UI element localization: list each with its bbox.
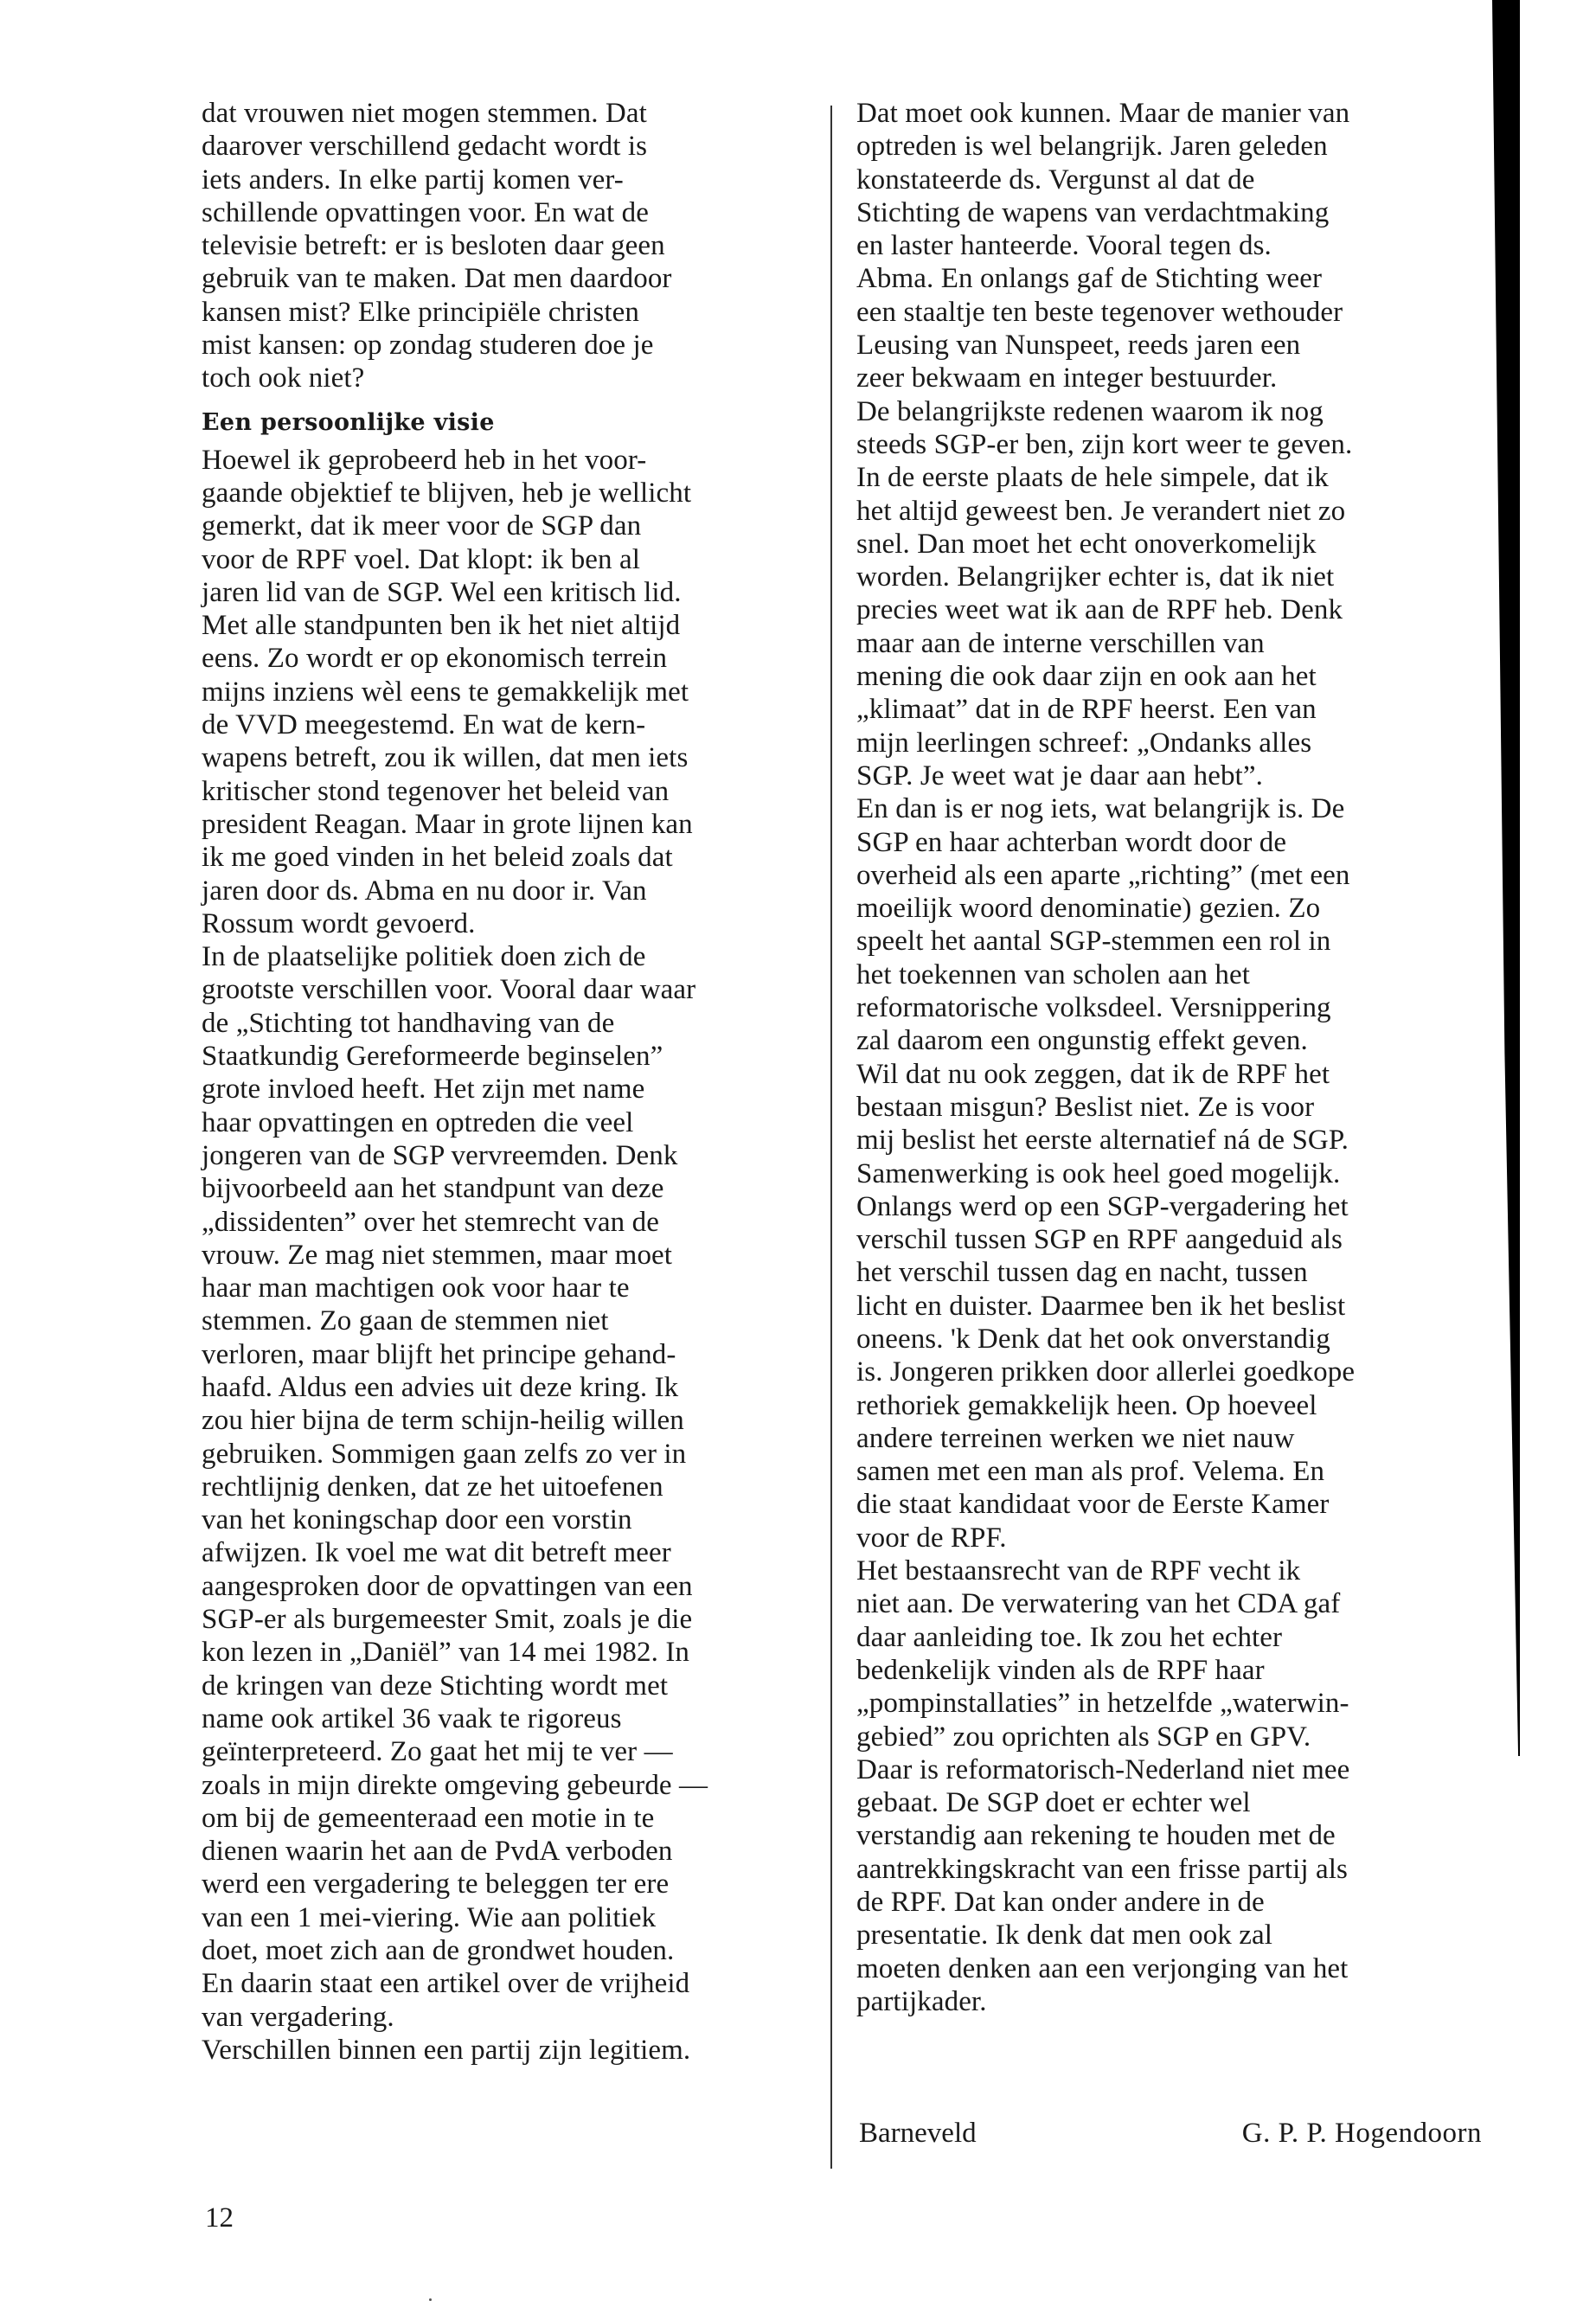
text-line: niet aan. De verwatering van het CDA gaf xyxy=(856,1587,1479,1620)
text-line: voor de RPF voel. Dat klopt: ik ben al xyxy=(202,543,807,576)
text-line: jaren door ds. Abma en nu door ir. Van xyxy=(202,875,807,907)
text-line: daar aanleiding toe. Ik zou het echter xyxy=(856,1621,1479,1654)
text-line: gemerkt, dat ik meer voor de SGP dan xyxy=(202,510,807,542)
text-line: Wil dat nu ook zeggen, dat ik de RPF het xyxy=(856,1058,1479,1091)
text-line: haar opvattingen en optreden die veel xyxy=(202,1106,807,1139)
text-line: om bij de gemeenteraad een motie in te xyxy=(202,1802,807,1835)
text-line: de RPF. Dat kan onder andere in de xyxy=(856,1886,1479,1919)
text-line: „pompinstallaties” in hetzelfde „waterwi… xyxy=(856,1687,1479,1720)
text-line: verstandig aan rekening te houden met de xyxy=(856,1819,1479,1852)
text-line: overheid als een aparte „richting” (met … xyxy=(856,859,1479,892)
text-line: dienen waarin het aan de PvdA verboden xyxy=(202,1835,807,1868)
text-line: Verschillen binnen een partij zijn legit… xyxy=(202,2034,807,2067)
text-line: verschil tussen SGP en RPF aangeduid als xyxy=(856,1223,1479,1256)
left-column: dat vrouwen niet mogen stemmen. Datdaaro… xyxy=(202,97,807,2067)
text-line: Met alle standpunten ben ik het niet alt… xyxy=(202,609,807,642)
text-line: zal daarom een ongunstig effekt geven. xyxy=(856,1024,1479,1057)
text-line: gaande objektief te blijven, heb je well… xyxy=(202,477,807,510)
text-line: jongeren van de SGP vervreemden. Denk xyxy=(202,1139,807,1172)
text-line: die staat kandidaat voor de Eerste Kamer xyxy=(856,1488,1479,1521)
text-line: het toekennen van scholen aan het xyxy=(856,958,1479,991)
text-line: snel. Dan moet het echt onoverkomelijk xyxy=(856,528,1479,561)
text-line: Samenwerking is ook heel goed mogelijk. xyxy=(856,1157,1479,1190)
text-line: andere terreinen werken we niet nauw xyxy=(856,1422,1479,1455)
text-line: president Reagan. Maar in grote lijnen k… xyxy=(202,808,807,841)
text-line: grootste verschillen voor. Vooral daar w… xyxy=(202,973,807,1006)
section-heading: Een persoonlijke visie xyxy=(202,407,807,439)
text-line: jaren lid van de SGP. Wel een kritisch l… xyxy=(202,576,807,609)
text-line: maar aan de interne verschillen van xyxy=(856,627,1479,660)
text-line: oneens. 'k Denk dat het ook onverstandig xyxy=(856,1323,1479,1356)
text-line: optreden is wel belangrijk. Jaren gelede… xyxy=(856,130,1479,163)
text-line: schillende opvattingen voor. En wat de xyxy=(202,196,807,229)
text-line: Staatkundig Gereformeerde beginselen” xyxy=(202,1040,807,1073)
text-line: samen met een man als prof. Velema. En xyxy=(856,1455,1479,1488)
text-line: steeds SGP-er ben, zijn kort weer te gev… xyxy=(856,428,1479,461)
scan-edge-shadow xyxy=(1492,0,1520,1756)
text-line: precies weet wat ik aan de RPF heb. Denk xyxy=(856,593,1479,626)
text-line: gebruiken. Sommigen gaan zelfs zo ver in xyxy=(202,1438,807,1471)
text-line: Leusing van Nunspeet, reeds jaren een xyxy=(856,329,1479,362)
text-line: haafd. Aldus een advies uit deze kring. … xyxy=(202,1371,807,1404)
text-line: mij beslist het eerste alternatief ná de… xyxy=(856,1124,1479,1157)
text-line: SGP-er als burgemeester Smit, zoals je d… xyxy=(202,1603,807,1636)
text-line: daarover verschillend gedacht wordt is xyxy=(202,130,807,163)
text-line: doet, moet zich aan de grondwet houden. xyxy=(202,1934,807,1967)
left-intro-paragraph: dat vrouwen niet mogen stemmen. Datdaaro… xyxy=(202,97,807,395)
text-line: rechtlijnig denken, dat ze het uitoefene… xyxy=(202,1471,807,1503)
text-line: van het koningschap door een vorstin xyxy=(202,1503,807,1536)
text-line: gebied” zou oprichten als SGP en GPV. xyxy=(856,1721,1479,1753)
text-line: kon lezen in „Daniël” van 14 mei 1982. I… xyxy=(202,1636,807,1669)
right-body-text: Dat moet ook kunnen. Maar de manier vano… xyxy=(856,97,1479,2018)
left-body-text: Hoewel ik geprobeerd heb in het voor-gaa… xyxy=(202,444,807,2067)
text-line: de VVD meegestemd. En wat de kern- xyxy=(202,708,807,741)
text-line: de „Stichting tot handhaving van de xyxy=(202,1007,807,1040)
text-line: worden. Belangrijker echter is, dat ik n… xyxy=(856,561,1479,593)
text-line: is. Jongeren prikken door allerlei goedk… xyxy=(856,1356,1479,1388)
text-line: name ook artikel 36 vaak te rigoreus xyxy=(202,1702,807,1735)
signature-place: Barneveld xyxy=(859,2117,977,2150)
text-line: moeilijk woord denominatie) gezien. Zo xyxy=(856,892,1479,925)
text-line: gebaat. De SGP doet er echter wel xyxy=(856,1786,1479,1819)
text-line: SGP. Je weet wat je daar aan hebt”. xyxy=(856,760,1479,792)
text-line: zeer bekwaam en integer bestuurder. xyxy=(856,362,1479,394)
text-line: „klimaat” dat in de RPF heerst. Een van xyxy=(856,693,1479,726)
text-line: mening die ook daar zijn en ook aan het xyxy=(856,660,1479,693)
document-page: dat vrouwen niet mogen stemmen. Datdaaro… xyxy=(0,0,1596,2301)
text-line: Hoewel ik geprobeerd heb in het voor- xyxy=(202,444,807,477)
text-line: de kringen van deze Stichting wordt met xyxy=(202,1670,807,1702)
text-line: werd een vergadering te beleggen ter ere xyxy=(202,1868,807,1900)
right-column: Dat moet ook kunnen. Maar de manier vano… xyxy=(856,97,1479,2018)
text-line: En daarin staat een artikel over de vrij… xyxy=(202,1967,807,2000)
page-number: 12 xyxy=(205,2202,234,2234)
text-line: eens. Zo wordt er op ekonomisch terrein xyxy=(202,642,807,675)
text-line: bedenkelijk vinden als de RPF haar xyxy=(856,1654,1479,1687)
text-line: Dat moet ook kunnen. Maar de manier van xyxy=(856,97,1479,130)
text-line: Het bestaansrecht van de RPF vecht ik xyxy=(856,1554,1479,1587)
text-line: zoals in mijn direkte omgeving gebeurde … xyxy=(202,1769,807,1802)
text-line: mijns inziens wèl eens te gemakkelijk me… xyxy=(202,676,807,708)
text-line: en laster hanteerde. Vooral tegen ds. xyxy=(856,229,1479,262)
text-line: licht en duister. Daarmee ben ik het bes… xyxy=(856,1290,1479,1323)
text-line: kritischer stond tegenover het beleid va… xyxy=(202,775,807,808)
text-line: aantrekkingskracht van een frisse partij… xyxy=(856,1853,1479,1886)
text-line: toch ook niet? xyxy=(202,362,807,394)
text-line: iets anders. In elke partij komen ver- xyxy=(202,163,807,196)
text-line: mist kansen: op zondag studeren doe je xyxy=(202,329,807,362)
text-line: In de eerste plaats de hele simpele, dat… xyxy=(856,461,1479,494)
text-line: En dan is er nog iets, wat belangrijk is… xyxy=(856,792,1479,825)
text-line: van een 1 mei-viering. Wie aan politiek xyxy=(202,1901,807,1934)
text-line: voor de RPF. xyxy=(856,1522,1479,1554)
text-line: In de plaatselijke politiek doen zich de xyxy=(202,940,807,973)
text-line: wapens betreft, zou ik willen, dat men i… xyxy=(202,741,807,774)
text-line: gebruik van te maken. Dat men daardoor xyxy=(202,262,807,295)
text-line: geïnterpreteerd. Zo gaat het mij te ver … xyxy=(202,1735,807,1768)
signature-author: G. P. P. Hogendoorn xyxy=(1242,2117,1482,2150)
text-line: haar man machtigen ook voor haar te xyxy=(202,1272,807,1304)
text-line: stemmen. Zo gaan de stemmen niet xyxy=(202,1304,807,1337)
text-line: van vergadering. xyxy=(202,2001,807,2034)
text-line: konstateerde ds. Vergunst al dat de xyxy=(856,163,1479,196)
text-line: televisie betreft: er is besloten daar g… xyxy=(202,229,807,262)
text-line: Abma. En onlangs gaf de Stichting weer xyxy=(856,262,1479,295)
text-line: SGP en haar achterban wordt door de xyxy=(856,826,1479,859)
text-line: een staaltje ten beste tegenover wethoud… xyxy=(856,296,1479,329)
text-line: moeten denken aan een verjonging van het xyxy=(856,1952,1479,1985)
text-line: Daar is reformatorisch-Nederland niet me… xyxy=(856,1753,1479,1786)
text-line: rethoriek gemakkelijk heen. Op hoeveel xyxy=(856,1389,1479,1422)
text-line: De belangrijkste redenen waarom ik nog xyxy=(856,395,1479,428)
text-line: het verschil tussen dag en nacht, tussen xyxy=(856,1256,1479,1289)
text-line: mijn leerlingen schreef: „Ondanks alles xyxy=(856,727,1479,760)
column-divider xyxy=(830,106,832,2169)
text-line: Stichting de wapens van verdachtmaking xyxy=(856,196,1479,229)
text-line: het altijd geweest ben. Je verandert nie… xyxy=(856,495,1479,528)
text-line: „dissidenten” over het stemrecht van de xyxy=(202,1206,807,1239)
text-line: kansen mist? Elke principiële christen xyxy=(202,296,807,329)
text-line: Rossum wordt gevoerd. xyxy=(202,907,807,940)
text-line: dat vrouwen niet mogen stemmen. Dat xyxy=(202,97,807,130)
text-line: reformatorische volksdeel. Versnippering xyxy=(856,991,1479,1024)
text-line: bestaan misgun? Beslist niet. Ze is voor xyxy=(856,1091,1479,1124)
text-line: grote invloed heeft. Het zijn met name xyxy=(202,1073,807,1106)
text-line: presentatie. Ik denk dat men ook zal xyxy=(856,1919,1479,1952)
text-line: verloren, maar blijft het principe gehan… xyxy=(202,1338,807,1371)
text-line: vrouw. Ze mag niet stemmen, maar moet xyxy=(202,1239,807,1272)
text-line: zou hier bijna de term schijn-heilig wil… xyxy=(202,1404,807,1437)
text-line: ik me goed vinden in het beleid zoals da… xyxy=(202,841,807,874)
text-line: Onlangs werd op een SGP-vergadering het xyxy=(856,1190,1479,1223)
text-line: aangesproken door de opvattingen van een xyxy=(202,1570,807,1603)
text-line: partijkader. xyxy=(856,1985,1479,2018)
text-line: bijvoorbeeld aan het standpunt van deze xyxy=(202,1172,807,1205)
text-line: speelt het aantal SGP-stemmen een rol in xyxy=(856,925,1479,958)
text-line: afwijzen. Ik voel me wat dit betreft mee… xyxy=(202,1536,807,1569)
